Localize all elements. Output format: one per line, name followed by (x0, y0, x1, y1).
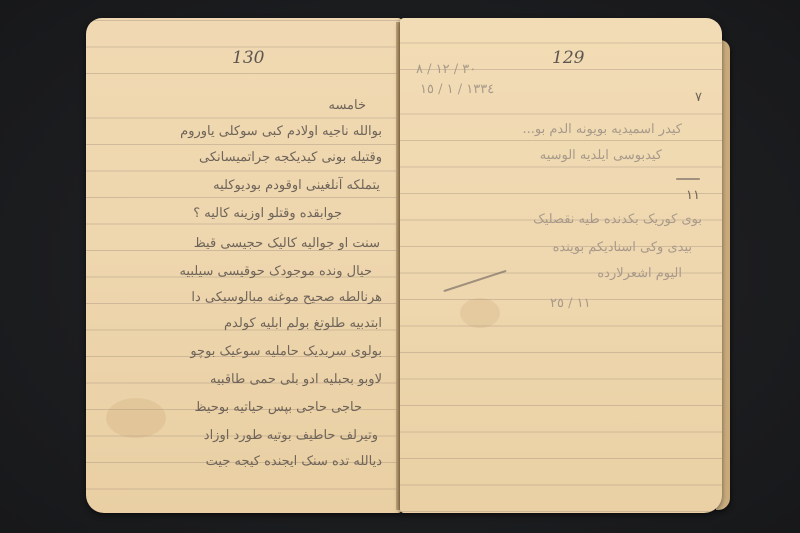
script-line: وتیرلف حاطیف بوتیه طورد اوزاد (204, 428, 378, 438)
margin-mark: ٧ (695, 90, 702, 100)
page-number-right: 129 (552, 48, 584, 68)
date-line: ٣٠ / ١٢ / ٨ (416, 62, 476, 72)
script-line: بولوی سربدیک حاملیه سوعیک بوچو (190, 344, 382, 354)
script-line: الیوم اشعرلارده (597, 266, 682, 276)
script-line: ١١ / ٢٥ (550, 296, 591, 306)
page-number-left: 130 (232, 48, 264, 68)
script-line: سنت او جوالیه کالیک حجیسی قیظ (194, 236, 380, 246)
margin-mark: ١١ (686, 188, 700, 198)
script-line: وقتیله بونی کیدیکجه جراتمیسانکی (199, 150, 382, 160)
script-line: هرنالطه صحیح موغنه مبالوسیکی دا (191, 290, 382, 300)
paper-stain (106, 398, 166, 438)
script-line: جوابقده وقتلو اوزینه کالیه ؟ (193, 206, 342, 216)
script-line: کیدر اسمیدیه بویونه الدم بو... (522, 122, 682, 132)
paper-stain (460, 298, 500, 328)
script-line: بوی کوریک بکدنده طیه نقصلیک (533, 212, 702, 222)
notebook-left-page: 130 خامسه بوالله ناجیه اولادم کبی سوکلی … (86, 18, 402, 513)
script-line: ابتدبیه طلوتغ بولم ابلیه کولدم (224, 316, 382, 326)
date-line: ١٣٣٤ / ١ / ١٥ (420, 82, 494, 92)
script-line: حاجی حاجی بپس حیاتیه بوحیظ (195, 400, 362, 410)
script-line: کیدبوسی ایلدیه الوسیه (540, 148, 662, 158)
script-line: یتملکه آنلغینی اوقودم بودیوکلیه (213, 178, 380, 188)
margin-scribble (676, 178, 700, 180)
script-line: لاوبو بحبلیه ادو بلی حمی طاقبیه (210, 372, 382, 382)
pencil-stroke (443, 270, 506, 292)
script-line: بوالله ناجیه اولادم کبی سوکلی یاوروم (180, 124, 382, 134)
notebook-right-page: 129 ٣٠ / ١٢ / ٨ ١٣٣٤ / ١ / ١٥ ٧ کیدر اسم… (400, 18, 722, 513)
script-line: بیدی وکی اسنادیکم بوینده (553, 240, 692, 250)
script-line: خامسه (328, 98, 366, 108)
script-line: حیال ونده موجودک حوقیسی سیلبیه (179, 264, 372, 274)
script-line: دیالله تده سنک ایجنده کیجه جیت (206, 454, 382, 464)
